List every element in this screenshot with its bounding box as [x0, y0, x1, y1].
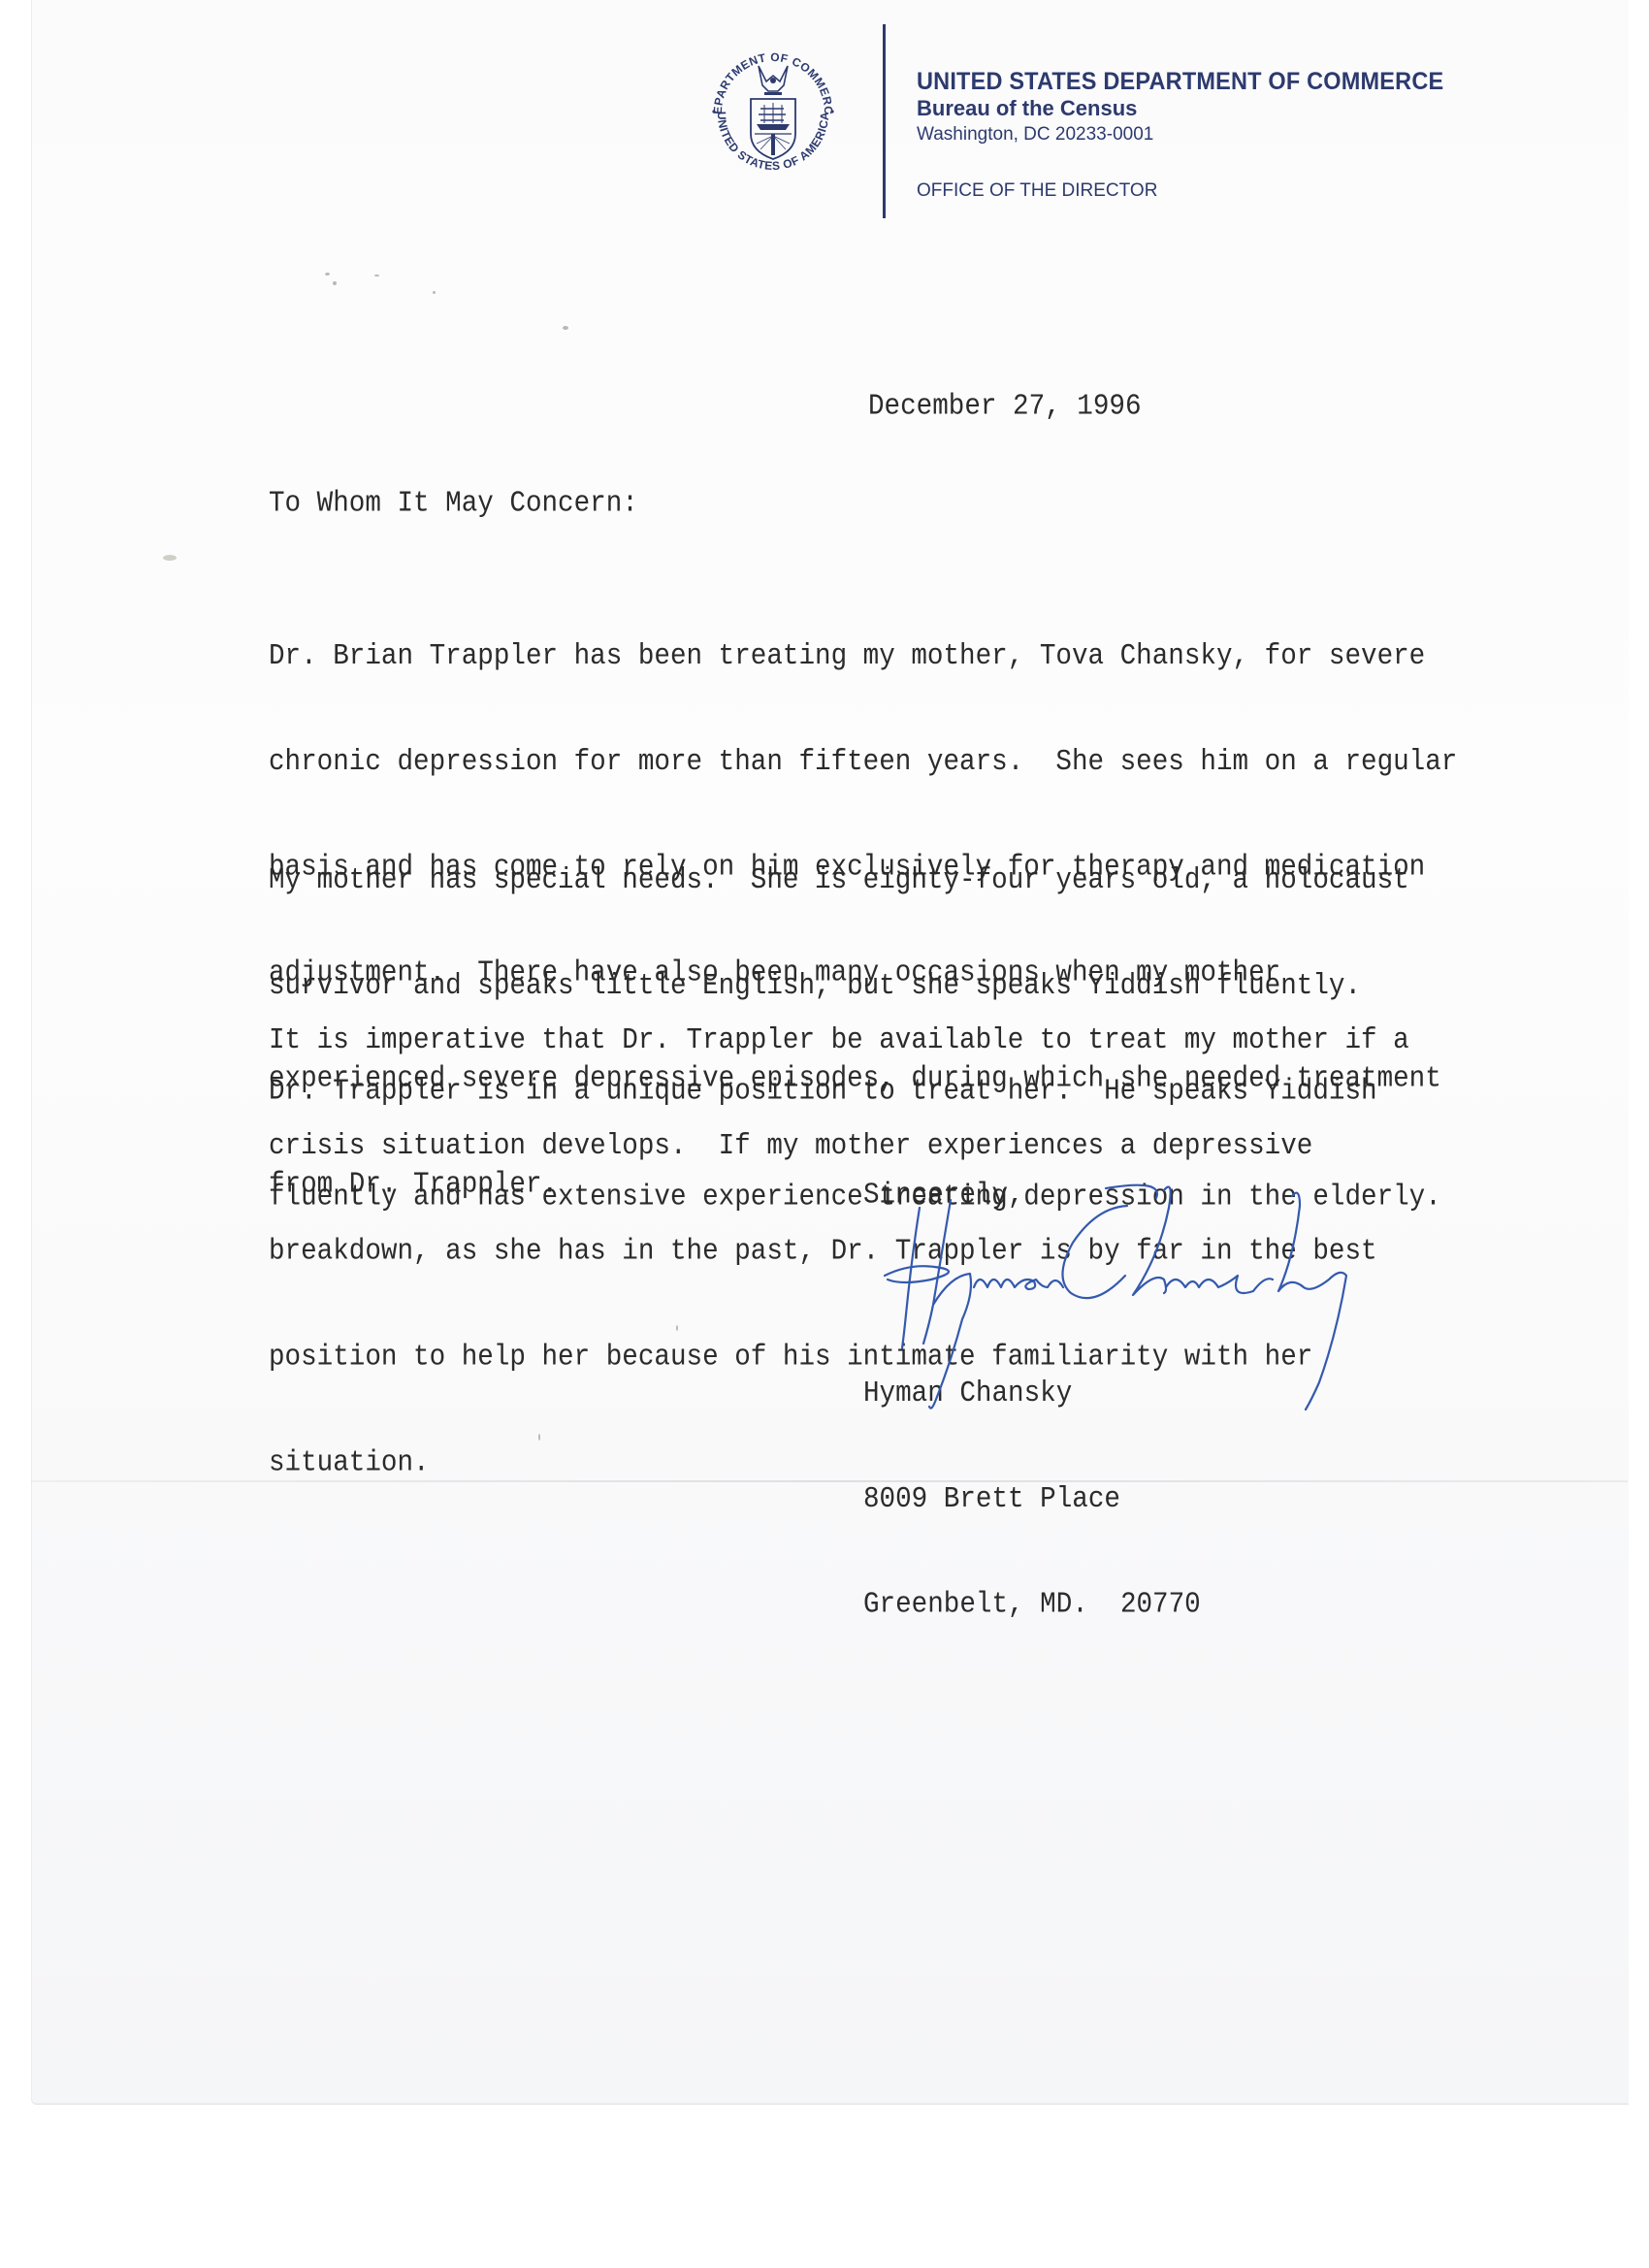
- salutation: To Whom It May Concern:: [269, 486, 638, 521]
- letterhead-title: UNITED STATES DEPARTMENT OF COMMERCE: [917, 68, 1443, 96]
- paragraph-line: situation.: [269, 1445, 1409, 1480]
- scan-speck: [333, 281, 337, 285]
- scan-speck: [374, 275, 379, 276]
- paragraph-line: Dr. Brian Trappler has been treating my …: [269, 639, 1457, 674]
- handwritten-signature: [873, 1179, 1416, 1421]
- scan-speck: [325, 273, 330, 275]
- scan-speck: [433, 291, 436, 294]
- sender-city: Greenbelt, MD. 20770: [863, 1587, 1201, 1622]
- letterhead-divider: [883, 24, 886, 218]
- letterhead-bureau: Bureau of the Census: [917, 96, 1137, 121]
- letter-date: December 27, 1996: [868, 389, 1142, 424]
- svg-text:DEPARTMENT OF COMMERCE: DEPARTMENT OF COMMERCE: [700, 37, 835, 115]
- scan-speck: [163, 555, 177, 561]
- paragraph-line: crisis situation develops. If my mother …: [269, 1129, 1409, 1164]
- department-of-commerce-seal: DEPARTMENT OF COMMERCE UNITED STATES OF …: [700, 37, 846, 182]
- letterhead-address: Washington, DC 20233-0001: [917, 124, 1153, 146]
- letterhead-office: OFFICE OF THE DIRECTOR: [917, 180, 1157, 202]
- scan-speck: [563, 326, 568, 330]
- paragraph-line: It is imperative that Dr. Trappler be av…: [269, 1023, 1409, 1058]
- sender-street: 8009 Brett Place: [863, 1482, 1201, 1517]
- paragraph-line: My mother has special needs. She is eigh…: [269, 863, 1441, 898]
- paragraph-line: chronic depression for more than fifteen…: [269, 745, 1457, 780]
